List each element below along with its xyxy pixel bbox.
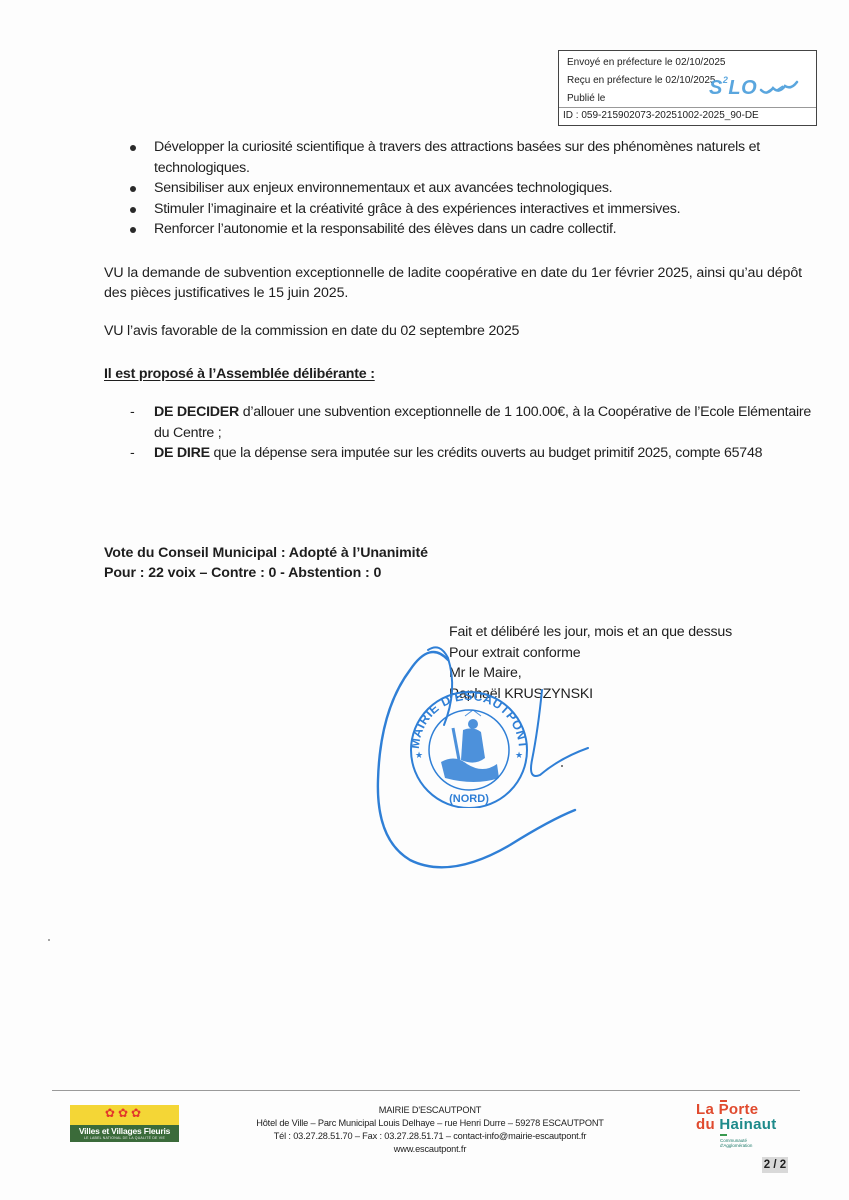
decision-item: -DE DECIDER d’allouer une subvention exc…	[128, 402, 818, 443]
list-item: Stimuler l’imaginaire et la créativité g…	[128, 199, 828, 220]
vvf-sublabel: LE LABEL NATIONAL DE LA QUALITÉ DE VIE	[70, 1136, 179, 1140]
footer-divider	[52, 1090, 800, 1091]
closing-line: Pour extrait conforme	[449, 643, 732, 664]
s2lo-wings-icon	[759, 78, 799, 98]
divider	[559, 107, 816, 108]
closing-line: Fait et délibéré les jour, mois et an qu…	[449, 622, 732, 643]
list-item: Développer la curiosité scientifique à t…	[128, 137, 828, 178]
flower-icons: ✿✿✿	[70, 1106, 179, 1120]
vote-result-line: Vote du Conseil Municipal : Adopté à l’U…	[104, 543, 428, 563]
decision-item: -DE DIRE que la dépense sera imputée sur…	[128, 443, 818, 464]
dash-marker: -	[130, 443, 134, 464]
bullet-icon	[130, 207, 136, 213]
decision-keyword: DE DIRE	[154, 445, 210, 461]
mayor-title: Mr le Maire,	[449, 663, 732, 684]
svg-text:(NORD): (NORD)	[449, 793, 489, 805]
sent-date: Envoyé en préfecture le 02/10/2025	[567, 57, 725, 68]
svg-text:★: ★	[415, 750, 423, 760]
objectives-list: Développer la curiosité scientifique à t…	[128, 137, 828, 240]
vote-counts-line: Pour : 22 voix – Contre : 0 - Abstention…	[104, 563, 428, 583]
prefecture-stamp-box: Envoyé en préfecture le 02/10/2025 Reçu …	[558, 50, 817, 126]
footer-address: Hôtel de Ville – Parc Municipal Louis De…	[230, 1117, 630, 1130]
footer-contact: Tél : 03.27.28.51.70 – Fax : 03.27.28.51…	[230, 1130, 630, 1143]
bullet-icon	[130, 186, 136, 192]
porte-du-hainaut-logo: La Porte du Hainaut Communauté d'Agglomé…	[696, 1100, 796, 1150]
decision-keyword: DE DECIDER	[154, 404, 239, 420]
vote-result: Vote du Conseil Municipal : Adopté à l’U…	[104, 543, 428, 583]
villes-villages-fleuris-logo: ✿✿✿ Villes et Villages Fleuris LE LABEL …	[70, 1105, 179, 1142]
town-hall-seal: MAIRIE D'ESCAUTPONT (NORD) ★ ★	[405, 688, 533, 808]
document-page: Envoyé en préfecture le 02/10/2025 Reçu …	[0, 0, 849, 1200]
lph-sublabel: Communauté d'Agglomération	[720, 1138, 752, 1148]
s2lo-logo: S2LO	[709, 77, 757, 100]
bullet-icon	[130, 145, 136, 151]
dash-marker: -	[130, 402, 134, 423]
received-date: Reçu en préfecture le 02/10/2025	[567, 75, 715, 86]
scan-speck	[48, 939, 50, 941]
list-item: Renforcer l’autonomie et la responsabili…	[128, 219, 828, 240]
decision-text: d’allouer une subvention exceptionnelle …	[154, 404, 811, 441]
footer-contact-block: MAIRIE D'ESCAUTPONT Hôtel de Ville – Par…	[230, 1104, 630, 1156]
published-label: Publié le	[567, 93, 605, 104]
consideration-commission: VU l’avis favorable de la commission en …	[104, 321, 519, 341]
list-item: Sensibiliser aux enjeux environnementaux…	[128, 178, 828, 199]
consideration-request: VU la demande de subvention exceptionnel…	[104, 263, 824, 303]
decision-list: -DE DECIDER d’allouer une subvention exc…	[128, 402, 818, 464]
page-indicator: 2 / 2	[762, 1157, 788, 1173]
proposal-heading: Il est proposé à l’Assemblée délibérante…	[104, 364, 375, 384]
vvf-label: Villes et Villages Fleuris	[70, 1126, 179, 1136]
bullet-icon	[130, 227, 136, 233]
footer-org-name: MAIRIE D'ESCAUTPONT	[230, 1104, 630, 1117]
footer-website: www.escautpont.fr	[230, 1143, 630, 1156]
act-id: ID : 059-215902073-20251002-2025_90-DE	[563, 110, 759, 121]
decision-text: que la dépense sera imputée sur les créd…	[210, 445, 762, 461]
svg-text:★: ★	[515, 750, 523, 760]
